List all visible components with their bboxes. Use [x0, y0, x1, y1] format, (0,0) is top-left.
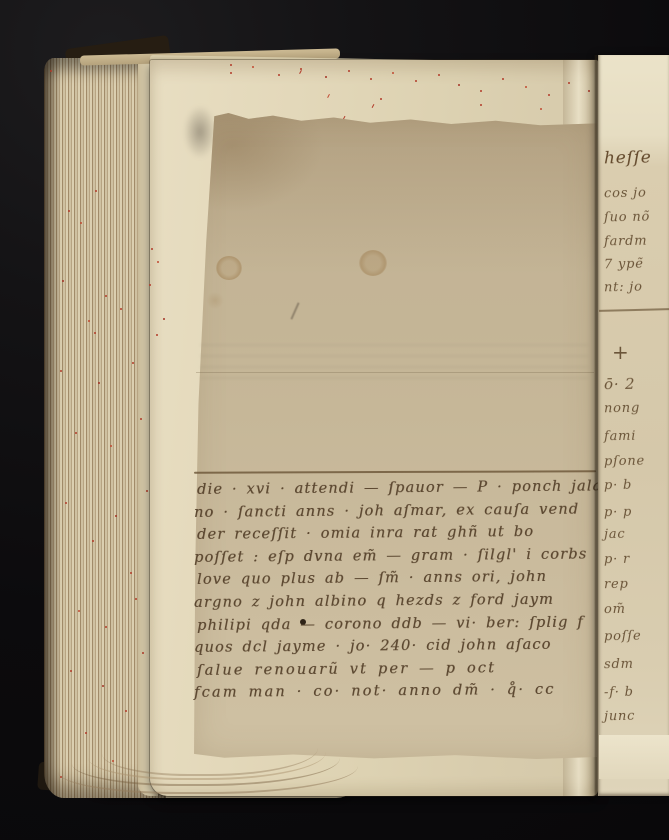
facing-page-text-fragment: fami: [604, 429, 637, 445]
show-through-text: [200, 344, 588, 386]
note-line: argno z john albino q hezds z ford jaym: [194, 588, 595, 614]
water-stain: [216, 256, 242, 280]
grey-smudge-stain: [184, 106, 216, 158]
facing-page-text-fragment: heſſe: [604, 148, 652, 169]
facing-page-text-fragment: om̃: [604, 602, 626, 617]
facing-page-text-fragment: rep: [604, 577, 629, 592]
facing-page-text-fragment: 7 ypẽ: [604, 257, 644, 273]
facing-page-text-fragment: ſuo nõ: [604, 210, 650, 226]
facing-page-text-fragment: jac: [604, 527, 626, 542]
page-gap-shadow: [594, 55, 598, 796]
notarial-entry: die · xvi · attendi — ſpauor — P · ponch…: [197, 479, 595, 717]
note-line: der receſſit · omia inra rat ghñ ut bo: [197, 521, 595, 547]
facing-page-text-fragment: p· b: [604, 478, 632, 493]
facing-page-text-fragment: pſone: [604, 454, 645, 470]
crease-line: [196, 372, 594, 373]
facing-page-text-fragment: junc: [604, 709, 636, 725]
page-bottom-curve: [102, 716, 318, 776]
facing-page-text-fragment: sdm: [604, 657, 634, 673]
note-line: quos dcl jayme · jo· 240· cid john aſaco: [194, 634, 595, 660]
facing-page-text-fragment: -f· b: [604, 685, 634, 701]
facing-page-lower-band: [599, 735, 669, 779]
red-specks-margin: [151, 248, 153, 250]
cross-mark: +: [612, 340, 629, 364]
facing-page-text-fragment: fardm: [604, 234, 648, 250]
facing-page-text-fragment: nong: [604, 401, 640, 417]
note-line: die · xvi · attendi — ſpauor — P · ponch…: [197, 476, 595, 502]
red-ink-spatter-top: [230, 64, 232, 66]
facing-page-text-fragment: p· r: [604, 552, 630, 567]
manuscript-photo: die · xvi · attendi — ſpauor — P · ponch…: [0, 0, 669, 840]
red-edge-speckles: [50, 70, 52, 72]
water-stain: [359, 250, 387, 276]
facing-page-text-fragment: cos jo: [604, 186, 647, 202]
facing-page-text-fragment: ō· 2: [604, 375, 636, 394]
water-stain: [206, 292, 224, 309]
facing-page-text-fragment: poſſe: [604, 629, 642, 645]
facing-page-text-fragment: p· p: [604, 505, 632, 520]
facing-page-text-fragment: nt: jo: [604, 280, 643, 296]
